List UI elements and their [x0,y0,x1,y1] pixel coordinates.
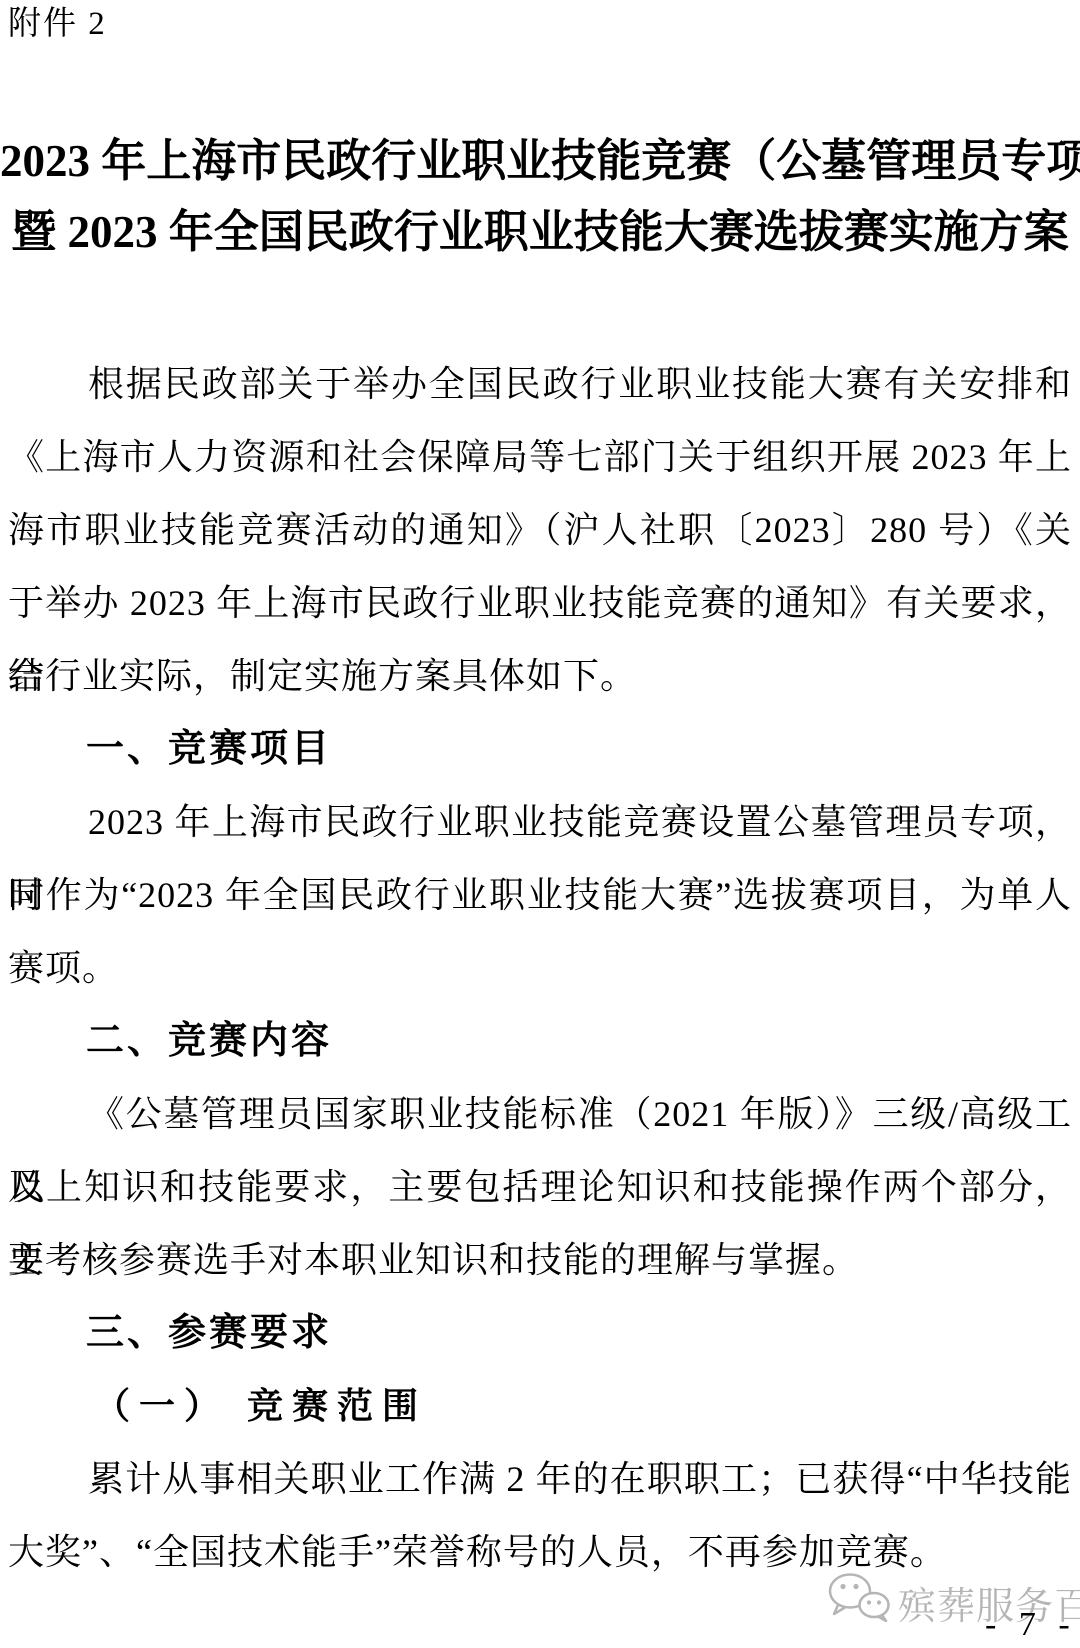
section-1-line-1: 2023 年上海市民政行业职业技能竞赛设置公墓管理员专项，同 [8,786,1072,859]
title-line-1: 2023 年上海市民政行业职业技能竞赛（公墓管理员专项） [0,126,1080,197]
intro-line-1: 根据民政部关于举办全国民政行业职业技能大赛有关安排和 [8,348,1072,421]
document-page: 附件 2 2023 年上海市民政行业职业技能竞赛（公墓管理员专项） 暨 2023… [0,0,1080,1648]
intro-line-5: 合行业实际，制定实施方案具体如下。 [8,640,1072,713]
intro-line-3: 海市职业技能竞赛活动的通知》（沪人社职〔2023〕280 号）《关 [8,494,1072,567]
document-body: 根据民政部关于举办全国民政行业职业技能大赛有关安排和 《上海市人力资源和社会保障… [8,348,1072,1589]
intro-line-4: 于举办 2023 年上海市民政行业职业技能竞赛的通知》有关要求，结 [8,567,1072,640]
intro-line-2: 《上海市人力资源和社会保障局等七部门关于组织开展 2023 年上 [8,421,1072,494]
section-2-heading: 二、竞赛内容 [8,1005,1072,1078]
section-2-line-2: 以上知识和技能要求，主要包括理论知识和技能操作两个部分，主 [8,1151,1072,1224]
wechat-icon [826,1572,892,1632]
document-title: 2023 年上海市民政行业职业技能竞赛（公墓管理员专项） 暨 2023 年全国民… [0,126,1080,268]
section-1-heading: 一、竞赛项目 [8,713,1072,786]
section-1-line-3: 赛项。 [8,932,1072,1005]
section-2-line-1: 《公墓管理员国家职业技能标准（2021 年版）》三级/高级工及 [8,1078,1072,1151]
title-line-2: 暨 2023 年全国民政行业职业技能大赛选拔赛实施方案 [0,197,1080,268]
section-1-line-2: 时作为“2023 年全国民政行业职业技能大赛”选拔赛项目，为单人 [8,859,1072,932]
page-number: - 7 - [985,1606,1077,1644]
section-3-subheading: （一） 竞赛范围 [8,1370,1072,1443]
section-2-line-3: 要考核参赛选手对本职业知识和技能的理解与掌握。 [8,1224,1072,1297]
section-3-line-1: 累计从事相关职业工作满 2 年的在职职工；已获得“中华技能 [8,1443,1072,1516]
section-3-heading: 三、参赛要求 [8,1297,1072,1370]
attachment-label: 附件 2 [8,4,107,44]
